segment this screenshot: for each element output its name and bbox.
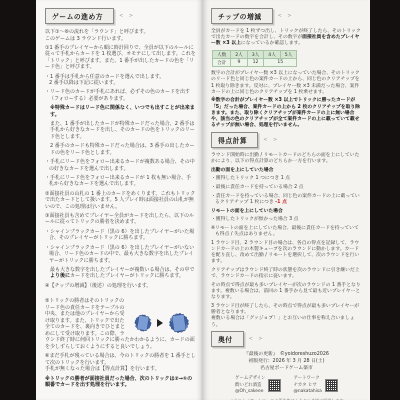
credits-row: ゲームデザイン 酔いどれ酒造 @Oh_sakeee アートワーク ナカタ ヒサ … [211,376,362,395]
table-cell: 12 [247,59,264,67]
paragraph: 数字の合計がプレイヤー数 ×3 以上になっていた場合、そのトリックのリード色と同… [211,71,362,96]
minus-point-text: -1 点 [275,200,287,205]
section-header-row: 奥付 < > [211,331,362,347]
score-bullet: ・獲得したトリックが無かった場合 3 点 [211,217,362,223]
header-chevrons-icon: < > [278,13,294,19]
table-header-cell: 2人 [231,51,248,59]
header-chevrons-icon: < > [249,336,265,342]
paragraph: 全員がカードを 1 枚ずつ出し、トリックが終了したら、そのトリックで出たカードの… [211,29,362,48]
paragraph: 2 番手のカードも特殊カードだった場合は、3 番手の出したカードの色をリード色と… [50,143,196,156]
paragraph: 最も大きな数字を出したプレイヤーが複数いる場合は、その中でより後にカードを出した… [50,267,196,280]
score-bullet: ・責任カードを持っている場合、同じ色の案件カードの上に載っているクリアチップ 1… [211,194,362,206]
paragraph: ※特殊カードはリード色に関係なく、いつでも出すことが出来ます。 [50,105,196,118]
text-segment: カードを出したプレイヤーがトリックに勝ちます。 [70,273,184,279]
paragraph: ・手札にリード色をフォロー出来るカードが 1 枚も無い場合、手札から好きなカード… [45,175,196,188]
paragraph: 3 ラウンド目が終了したら、その時点で得点が最も多いプレイヤーが勝者となります。… [211,304,362,329]
text-segment: になっているか確認します。 [241,41,303,46]
header-chevrons-icon: < > [263,137,279,143]
table-cell: 15 [264,59,297,67]
credit-role: アートワーク [293,376,321,382]
credit-role: ゲームデザイン [235,376,265,382]
table-cell: 合計 [213,59,231,67]
header-chevrons-icon: < > [119,13,135,19]
chip-total-table: 人数 2人 3人 4人 5人 合計 9 12 15 [212,50,297,67]
section-header-chips: チップの増減 [211,8,273,24]
credit-text: ゲームデザイン 酔いどれ酒造 @Oh_sakeee [235,376,265,395]
score-bullet: ・最後に責任カードを持っている場合 2 点 [211,185,362,191]
paragraph: ⑤トリックの勝者はそのトリックのリード色の責任カードをテーブルの中央、または他の… [45,292,196,351]
credit-text: アートワーク ナカタ ヒサ @nakatahisa [293,376,321,395]
paragraph: ・1 番手は手札から任意のカードを選んで出します。 2 番手以降は下記に従います… [45,74,196,87]
paragraph: ・手札にリード色をフォロー出来るカードが複数ある場合、その中の好きなカードを選ん… [45,159,196,172]
table-header-cell: 4人 [264,51,281,59]
arrow-right-icon [157,319,163,327]
paragraph: ラウンド開始時に出勤 / リモートカードのどちらの面を上にしていたかにより、以下… [211,153,362,165]
table-cell: 9 [231,59,248,67]
paragraph: クリアチップはラウンド終了時の状態を次のラウンドに引き継いだ上で、ラウンドカード… [211,268,362,280]
score-bullet: ・獲得したトリック 1 つにつき 1 点 [211,176,362,182]
section-header-row: 得点計算 < > [211,132,362,148]
paragraph: その時点で得点が最も多いプレイヤーが次のラウンドの 1 番手となります。複数いる… [211,283,362,302]
page-right: チップの増減 < > 全員がカードを 1 枚ずつ出し、トリックが終了したら、その… [203,0,370,400]
credit-handle: @nakatahisa [293,389,321,395]
paragraph: ※数字の合計がプレイヤー数 ×3 以上でトリックに勝ったカードが「5」だった場合… [211,98,362,129]
section-header-colophon: 奥付 [211,331,244,347]
credit-game-design: ゲームデザイン 酔いどれ酒造 @Oh_sakeee [235,376,281,395]
paragraph: ②面接社員の山札の 1 番上のカードをめくります。これもトリックで出たカードとし… [45,191,196,211]
table-header-cell: 3人 [247,51,264,59]
section-header-row: チップの増減 < > [211,8,362,24]
paragraph: ⑥まだ手札が残っている場合は、今のトリックの勝者を 1 番手として次のトリックを… [45,353,196,373]
paragraph: ④【チップの増減】（後述）の処理を行います。 [45,283,196,290]
card-stack-image [130,299,196,333]
paragraph: ③面接社員も含めてプレイヤー全員がカードを出したら、以下のルールに従ってトリック… [45,213,196,226]
colophon: 『最後の更新』 ©yoidoreshuzo2026 初版発行：2026 年 3 … [211,352,362,400]
paragraph: 以下①～⑥の流れを「ラウンド」と呼びます。 このゲームは 3 ラウンド行います。 [45,29,196,42]
text-segment-bold: より後に [50,273,70,279]
score-section-title: 出勤の面を上にしていた場合 [211,168,362,174]
table-row: 合計 9 12 15 [213,59,297,67]
paragraph: また、1 番手が出したカードが特殊カードだった場合、2 番手は手札から好きなカー… [50,121,196,141]
credit-artwork: アートワーク ナカタ ヒサ @nakatahisa [293,376,337,395]
score-section-title: リモートの面を上にしていた場合 [211,209,362,215]
qr-code-icon [325,379,338,392]
rulebook-spread: ゲームの進め方 < > 以下①～⑥の流れを「ラウンド」と呼びます。 このゲームは… [36,0,370,400]
section-header-row: ゲームの進め方 < > [45,8,196,24]
table-header-cell: 人数 [213,51,231,59]
section-header-scoring: 得点計算 [211,132,258,148]
text-segment: 最も大きな数字を出したプレイヤーが複数いる場合は、その中で [50,267,195,273]
credit-handle: @Oh_sakeee [235,389,265,395]
paragraph: ・シャインブラックカード（黒の 6）を出したプレイヤーがいない場合、リード色のカ… [45,245,196,265]
table-header-row: 人数 2人 3人 4人 5人 [213,51,297,59]
qr-code-icon [268,379,281,392]
venue-line: 名古屋ボードゲーム楽市 [211,366,362,373]
table-header-cell: 5人 [280,51,297,59]
credit-name: 酔いどれ酒造 [235,383,265,389]
page-left: ゲームの進め方 < > 以下①～⑥の流れを「ラウンド」と呼びます。 このゲームは… [36,0,203,400]
section-header-game-flow: ゲームの進め方 [45,8,114,24]
paragraph: ①1 番手のプレイヤーから順に時計回りで、全員が以下のルールに従って手札からカー… [45,45,196,71]
paragraph: ・シャインブラックカード（黒の 6）を出したプレイヤーがいた場合、そのプレイヤー… [45,229,196,242]
score-bullet: ※リモートの面を上にしていた場合、最後に責任カードを持っていても得点 / 失点は… [211,226,362,238]
paragraph: 1 ラウンド目、2 ラウンド目の場合は、各自の得点を記録して、ラウンドカードの上… [211,241,362,266]
paragraph: ・リード色のカードが手札にあれば、必ずその色のカードを出す（フォローする）必要が… [45,89,196,102]
paragraph: ※トリックの勝者が面接社員だった場合、次のトリックは②→①の順番でカードを出す処… [45,376,196,389]
